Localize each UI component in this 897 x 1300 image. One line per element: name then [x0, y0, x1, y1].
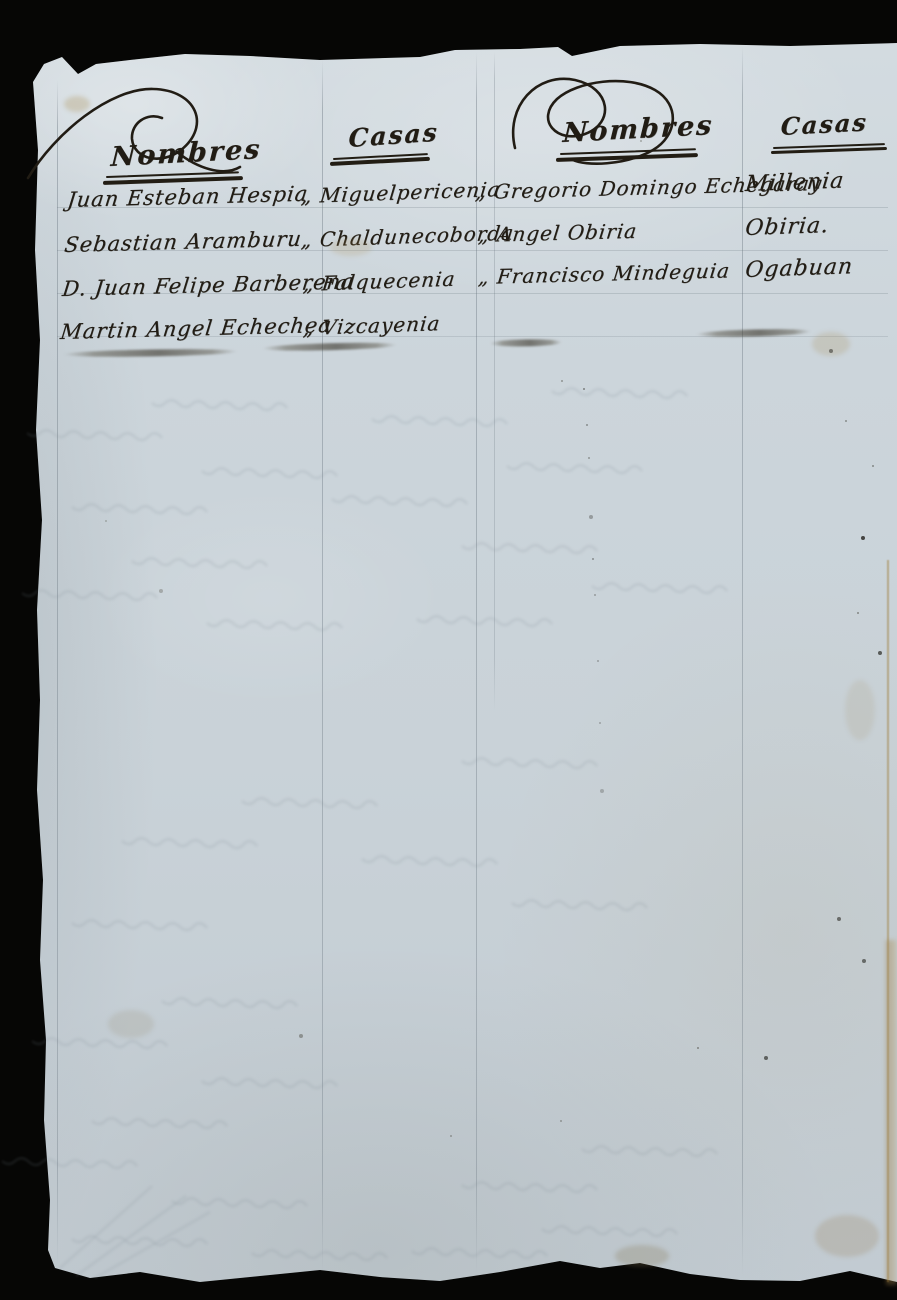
bleedthrough-texture — [0, 0, 897, 1300]
scanned-page: Nombres Casas Nombres Casas Juan Esteban… — [0, 0, 897, 1300]
